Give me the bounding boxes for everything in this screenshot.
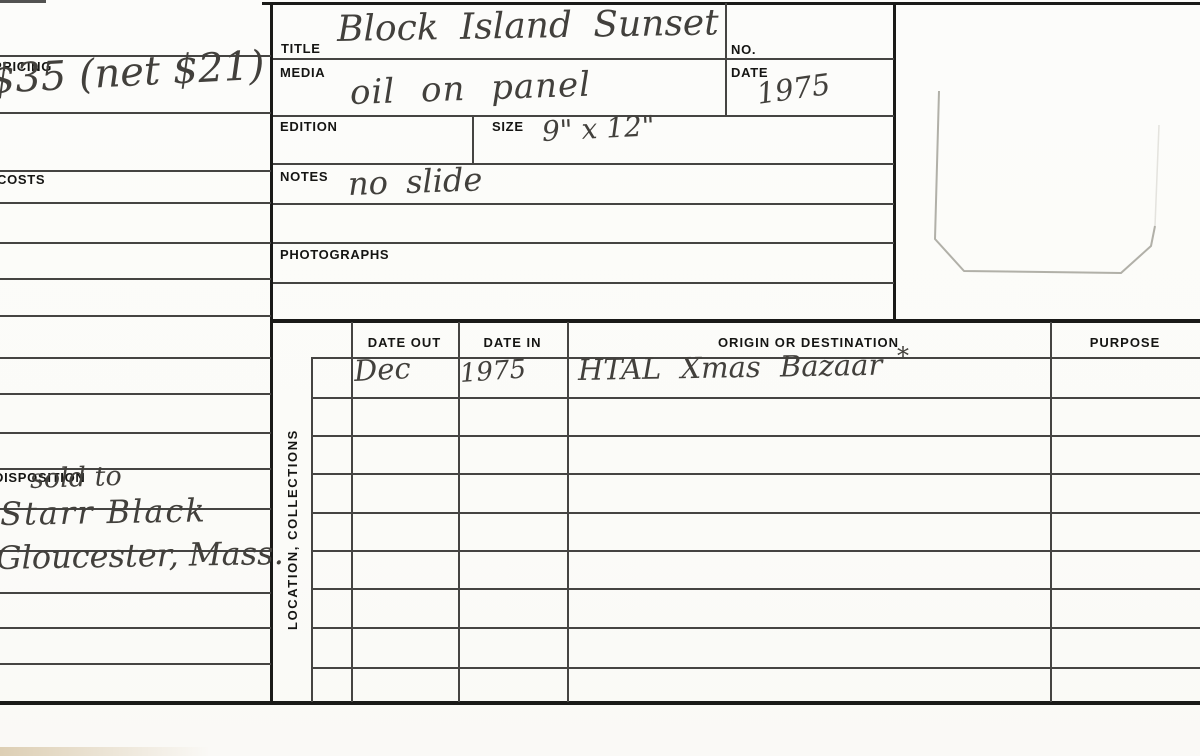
- header-purpose: PURPOSE: [1050, 335, 1200, 350]
- rule-line: [0, 315, 271, 317]
- rule-line: [0, 278, 271, 280]
- header-origin-or-destination: ORIGIN OR DESTINATION: [567, 335, 1050, 350]
- notes-value-handwriting: no slide: [347, 163, 482, 200]
- rule-line: [0, 112, 271, 114]
- rule-line: [311, 627, 1200, 629]
- no-label: NO.: [731, 42, 756, 57]
- rule-line: [311, 357, 313, 702]
- photographs-label: PHOTOGRAPHS: [280, 247, 389, 262]
- costs-label: COSTS: [0, 172, 45, 187]
- rule-line: [0, 202, 271, 204]
- location-collections-side-label: LOCATION, COLLECTIONS: [273, 357, 311, 702]
- header-date-out: DATE OUT: [351, 335, 458, 350]
- rule-line: [311, 550, 1200, 552]
- edition-label: EDITION: [280, 119, 338, 134]
- row1-date-out-handwriting: Dec: [353, 354, 411, 386]
- rule-line: [567, 322, 569, 702]
- rule-line: [0, 627, 271, 629]
- media-label: MEDIA: [280, 65, 325, 80]
- scan-edge-smudge: [0, 747, 210, 756]
- rule-line: [311, 397, 1200, 399]
- rule-line: [273, 203, 894, 205]
- rule-line: [1050, 322, 1052, 702]
- size-label: SIZE: [492, 119, 524, 134]
- rule-line: [472, 115, 474, 163]
- size-value-handwriting: 9" x 12": [541, 112, 655, 146]
- row1-date-in-handwriting: 1975: [459, 356, 527, 387]
- title-label: TITLE: [281, 41, 321, 56]
- disposition-line2-handwriting: Starr Black: [0, 494, 207, 530]
- card-bottom-border: [0, 701, 1200, 705]
- notes-label: NOTES: [280, 169, 328, 184]
- rule-line: [0, 663, 271, 665]
- rule-line: [311, 435, 1200, 437]
- rule-line: [0, 393, 271, 395]
- rule-line: [0, 432, 271, 434]
- rule-line: [273, 242, 894, 244]
- pricing-value-handwriting: $35 (net $21): [0, 46, 266, 100]
- disposition-line3-handwriting: Gloucester, Mass.: [0, 537, 284, 574]
- title-value-handwriting: Block Island Sunset: [337, 5, 719, 48]
- header-date-in: DATE IN: [458, 335, 567, 350]
- rule-line: [273, 58, 894, 60]
- rule-line: [311, 588, 1200, 590]
- row1-annotation-star: *: [897, 344, 909, 368]
- row1-origin-handwriting: HTAL Xmas Bazaar: [578, 351, 883, 385]
- inventory-card-scan: PRICING $35 (net $21) COSTS DISPOSITION …: [0, 0, 1200, 756]
- photo-area-divider: [893, 2, 896, 322]
- rule-line: [0, 242, 271, 244]
- rule-line: [273, 282, 894, 284]
- card-top-edge-fragment: [0, 0, 46, 3]
- rule-line: [311, 473, 1200, 475]
- rule-line: [351, 322, 353, 702]
- rule-line: [0, 357, 271, 359]
- date-value-handwriting: 1975: [755, 70, 832, 109]
- rule-line: [311, 512, 1200, 514]
- rule-line: [725, 3, 727, 115]
- disposition-line1-handwriting: sold to: [30, 463, 123, 493]
- card-top-border: [262, 2, 1200, 5]
- rule-line: [0, 592, 271, 594]
- rule-line: [311, 667, 1200, 669]
- table-top-border: [270, 319, 1200, 323]
- media-value-handwriting: oil on panel: [349, 68, 591, 110]
